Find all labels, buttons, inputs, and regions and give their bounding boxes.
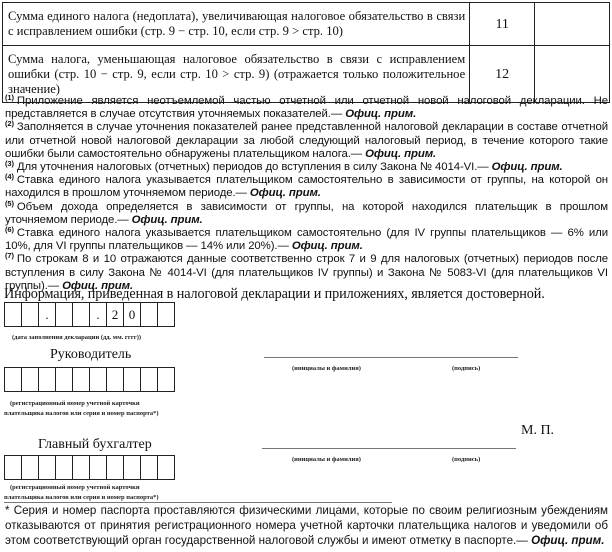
reg-cell[interactable] bbox=[73, 456, 90, 479]
date-cell[interactable] bbox=[22, 303, 39, 326]
reg-cell[interactable] bbox=[5, 368, 22, 391]
official-note: Офиц. прим. bbox=[292, 240, 363, 252]
footnote-1: (1)Приложение является неотъемлемой част… bbox=[5, 95, 608, 121]
date-cell[interactable]: 0 bbox=[124, 303, 141, 326]
reg-caption-line1: (регистрационный номер учетной карточки bbox=[10, 484, 140, 491]
date-cell[interactable] bbox=[5, 303, 22, 326]
reg-cell[interactable] bbox=[56, 456, 73, 479]
footnote-mark: (3) bbox=[5, 159, 14, 168]
official-note: Офиц. прим. bbox=[250, 187, 321, 199]
reg-cell[interactable] bbox=[158, 368, 174, 391]
official-note: Офиц. прим. bbox=[132, 214, 203, 226]
reg-cell[interactable] bbox=[39, 456, 56, 479]
footnote-5: (5)Объем дохода определяется в зависимос… bbox=[5, 201, 608, 227]
sign-caption: (подпись) bbox=[452, 456, 480, 463]
official-note: Офиц. прим. bbox=[531, 534, 604, 547]
reg-cell[interactable] bbox=[90, 368, 107, 391]
footnotes: (1)Приложение является неотъемлемой част… bbox=[5, 95, 608, 293]
reg-cell[interactable] bbox=[5, 456, 22, 479]
date-cell[interactable] bbox=[141, 303, 158, 326]
date-cell[interactable] bbox=[73, 303, 90, 326]
footnote-mark: (5) bbox=[5, 199, 14, 208]
accountant-reg-number-boxes[interactable] bbox=[4, 455, 175, 480]
reg-cell[interactable] bbox=[56, 368, 73, 391]
footnote-3: (3)Для уточнения налоговых (отчетных) пе… bbox=[5, 161, 608, 174]
name-caption: (инициалы и фамилия) bbox=[292, 365, 361, 372]
date-input-boxes[interactable]: ..20 bbox=[4, 302, 175, 327]
footnote-mark: (4) bbox=[5, 172, 14, 181]
passport-footnote: * Серия и номер паспорта проставляются ф… bbox=[5, 503, 608, 548]
reg-cell[interactable] bbox=[107, 368, 124, 391]
official-note: Офиц. прим. bbox=[365, 148, 436, 160]
footnote-mark: (1) bbox=[5, 93, 14, 102]
director-reg-number-boxes[interactable] bbox=[4, 367, 175, 392]
footnote-mark: (7) bbox=[5, 251, 14, 260]
row-value-field[interactable] bbox=[535, 46, 610, 103]
date-cell[interactable] bbox=[158, 303, 174, 326]
reg-cell[interactable] bbox=[124, 456, 141, 479]
reg-cell[interactable] bbox=[39, 368, 56, 391]
reg-cell[interactable] bbox=[22, 368, 39, 391]
reg-caption-line2: плательщика налогов или серия и номер па… bbox=[4, 410, 159, 417]
director-signature-line[interactable] bbox=[264, 357, 518, 358]
reg-cell[interactable] bbox=[141, 368, 158, 391]
reg-cell[interactable] bbox=[90, 456, 107, 479]
stamp-placeholder-label: М. П. bbox=[521, 423, 554, 439]
reg-cell[interactable] bbox=[22, 456, 39, 479]
footnote-6: (6)Ставка единого налога указывается пла… bbox=[5, 227, 608, 253]
table-row: Сумма единого налога (недоплата), увелич… bbox=[3, 3, 610, 46]
footnote-text: * Серия и номер паспорта проставляются ф… bbox=[5, 504, 608, 547]
footnote-text: Для уточнения налоговых (отчетных) перио… bbox=[17, 161, 492, 173]
row-line-number: 11 bbox=[470, 3, 535, 46]
table-row: Сумма налога, уменьшающая налоговое обяз… bbox=[3, 46, 610, 103]
footnote-mark: (2) bbox=[5, 119, 14, 128]
footnote-text: Заполняется в случае уточнения показател… bbox=[5, 121, 608, 159]
name-caption: (инициалы и фамилия) bbox=[292, 456, 361, 463]
date-caption: (дата заполнения декларации (дд. мм. ггг… bbox=[12, 334, 141, 341]
date-cell[interactable]: 2 bbox=[107, 303, 124, 326]
reg-cell[interactable] bbox=[124, 368, 141, 391]
footnote-mark: (6) bbox=[5, 225, 14, 234]
row-description: Сумма налога, уменьшающая налоговое обяз… bbox=[3, 46, 470, 103]
date-cell[interactable] bbox=[56, 303, 73, 326]
correction-table: Сумма единого налога (недоплата), увелич… bbox=[2, 2, 610, 103]
reg-cell[interactable] bbox=[158, 456, 174, 479]
date-cell[interactable]: . bbox=[90, 303, 107, 326]
declaration-statement: Информация, приведенная в налоговой декл… bbox=[4, 286, 545, 303]
role-director: Руководитель bbox=[50, 347, 131, 363]
footnote-text: Приложение является неотъемлемой частью … bbox=[5, 95, 608, 120]
row-value-field[interactable] bbox=[535, 3, 610, 46]
sign-caption: (подпись) bbox=[452, 365, 480, 372]
reg-cell[interactable] bbox=[73, 368, 90, 391]
reg-cell[interactable] bbox=[107, 456, 124, 479]
reg-caption-line2: плательщика налогов или серия и номер па… bbox=[4, 494, 159, 501]
official-note: Офиц. прим. bbox=[492, 161, 563, 173]
footnote-2: (2)Заполняется в случае уточнения показа… bbox=[5, 121, 608, 161]
footnote-4: (4)Ставка единого налога указывается пла… bbox=[5, 174, 608, 200]
footnote-text: Объем дохода определяется в зависимости … bbox=[5, 201, 608, 226]
row-description: Сумма единого налога (недоплата), увелич… bbox=[3, 3, 470, 46]
accountant-signature-line[interactable] bbox=[262, 448, 516, 449]
official-note: Офиц. прим. bbox=[345, 108, 416, 120]
reg-caption-line1: (регистрационный номер учетной карточки bbox=[10, 400, 140, 407]
reg-cell[interactable] bbox=[141, 456, 158, 479]
role-chief-accountant: Главный бухгалтер bbox=[38, 437, 152, 453]
row-line-number: 12 bbox=[470, 46, 535, 103]
date-cell[interactable]: . bbox=[39, 303, 56, 326]
